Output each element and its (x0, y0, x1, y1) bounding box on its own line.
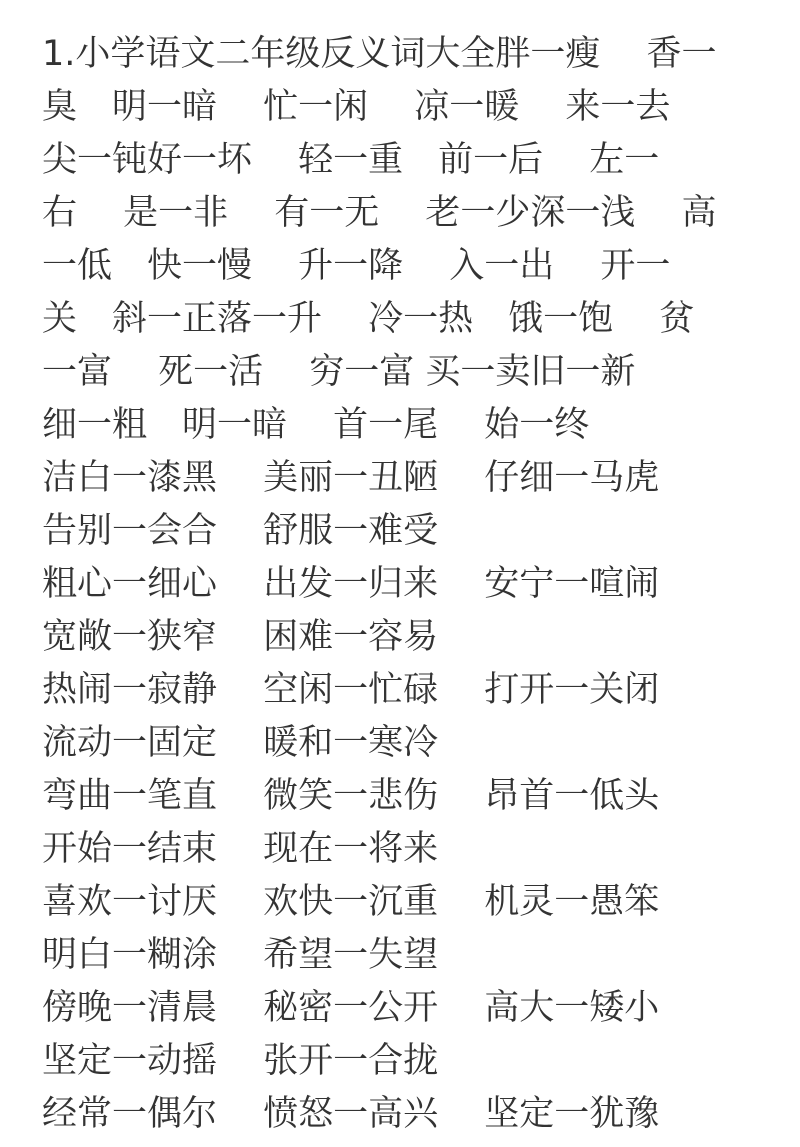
text-line: 臭 明一暗 忙一闲 凉一暖 来一去 (42, 81, 782, 134)
text-line: 宽敞一狭窄 困难一容易 (42, 611, 782, 664)
text-line: 弯曲一笔直 微笑一悲伤 昂首一低头 (42, 770, 782, 823)
text-line: 热闹一寂静 空闲一忙碌 打开一关闭 (42, 664, 782, 717)
text-line: 洁白一漆黑 美丽一丑陋 仔细一马虎 (42, 452, 782, 505)
text-line: 经常一偶尔 愤怒一高兴 坚定一犹豫 (42, 1088, 782, 1141)
text-line: 粗心一细心 出发一归来 安宁一喧闹 (42, 558, 782, 611)
text-line: 喜欢一讨厌 欢快一沉重 机灵一愚笨 (42, 876, 782, 929)
text-line: 流动一固定 暖和一寒冷 (42, 717, 782, 770)
text-line: 坚定一动摇 张开一合拢 (42, 1035, 782, 1088)
text-line: 右 是一非 有一无 老一少深一浅 高 (42, 187, 782, 240)
text-line: 一低 快一慢 升一降 入一出 开一 (42, 240, 782, 293)
antonym-document: 1.小学语文二年级反义词大全胖一瘦 香一 臭 明一暗 忙一闲 凉一暖 来一去 尖… (42, 28, 782, 1141)
text-line: 一富 死一活 穷一富 买一卖旧一新 (42, 346, 782, 399)
text-line: 明白一糊涂 希望一失望 (42, 929, 782, 982)
text-line: 尖一钝好一坏 轻一重 前一后 左一 (42, 134, 782, 187)
text-line: 傍晚一清晨 秘密一公开 高大一矮小 (42, 982, 782, 1035)
text-line: 细一粗 明一暗 首一尾 始一终 (42, 399, 782, 452)
text-line-title: 1.小学语文二年级反义词大全胖一瘦 香一 (42, 28, 782, 81)
text-line: 关 斜一正落一升 冷一热 饿一饱 贫 (42, 293, 782, 346)
text-line: 告别一会合 舒服一难受 (42, 505, 782, 558)
text-line: 开始一结束 现在一将来 (42, 823, 782, 876)
